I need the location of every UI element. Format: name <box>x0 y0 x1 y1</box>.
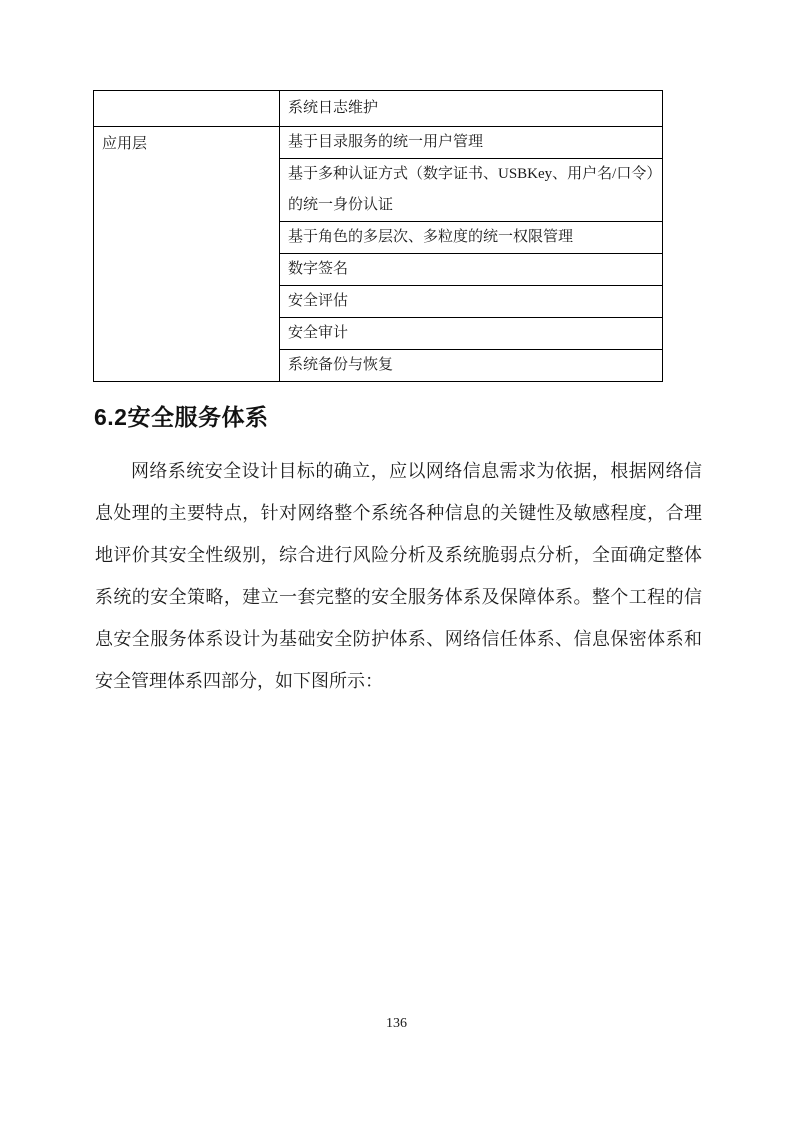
table-cell-item: 基于目录服务的统一用户管理 <box>280 127 663 159</box>
table-cell-layer-application: 应用层 <box>94 127 280 382</box>
table-cell-item: 基于角色的多层次、多粒度的统一权限管理 <box>280 222 663 254</box>
table-cell-item: 数字签名 <box>280 254 663 286</box>
document-page: 系统日志维护 应用层 基于目录服务的统一用户管理 基于多种认证方式（数字证书、U… <box>0 0 793 1122</box>
table-cell-item: 基于多种认证方式（数字证书、USBKey、用户名/口令）的统一身份认证 <box>280 159 663 222</box>
body-paragraph: 网络系统安全设计目标的确立，应以网络信息需求为依据，根据网络信息处理的主要特点，… <box>95 450 702 702</box>
table-row: 应用层 基于目录服务的统一用户管理 <box>94 127 663 159</box>
table-cell-item: 系统备份与恢复 <box>280 350 663 382</box>
security-layers-table: 系统日志维护 应用层 基于目录服务的统一用户管理 基于多种认证方式（数字证书、U… <box>93 90 663 382</box>
table-cell-item: 系统日志维护 <box>280 91 663 127</box>
table-cell-layer-empty <box>94 91 280 127</box>
page-number: 136 <box>0 1016 793 1032</box>
table-cell-item: 安全审计 <box>280 318 663 350</box>
security-layers-table-container: 系统日志维护 应用层 基于目录服务的统一用户管理 基于多种认证方式（数字证书、U… <box>93 90 663 382</box>
table-cell-item: 安全评估 <box>280 286 663 318</box>
section-heading: 6.2安全服务体系 <box>94 399 268 435</box>
table-row: 系统日志维护 <box>94 91 663 127</box>
